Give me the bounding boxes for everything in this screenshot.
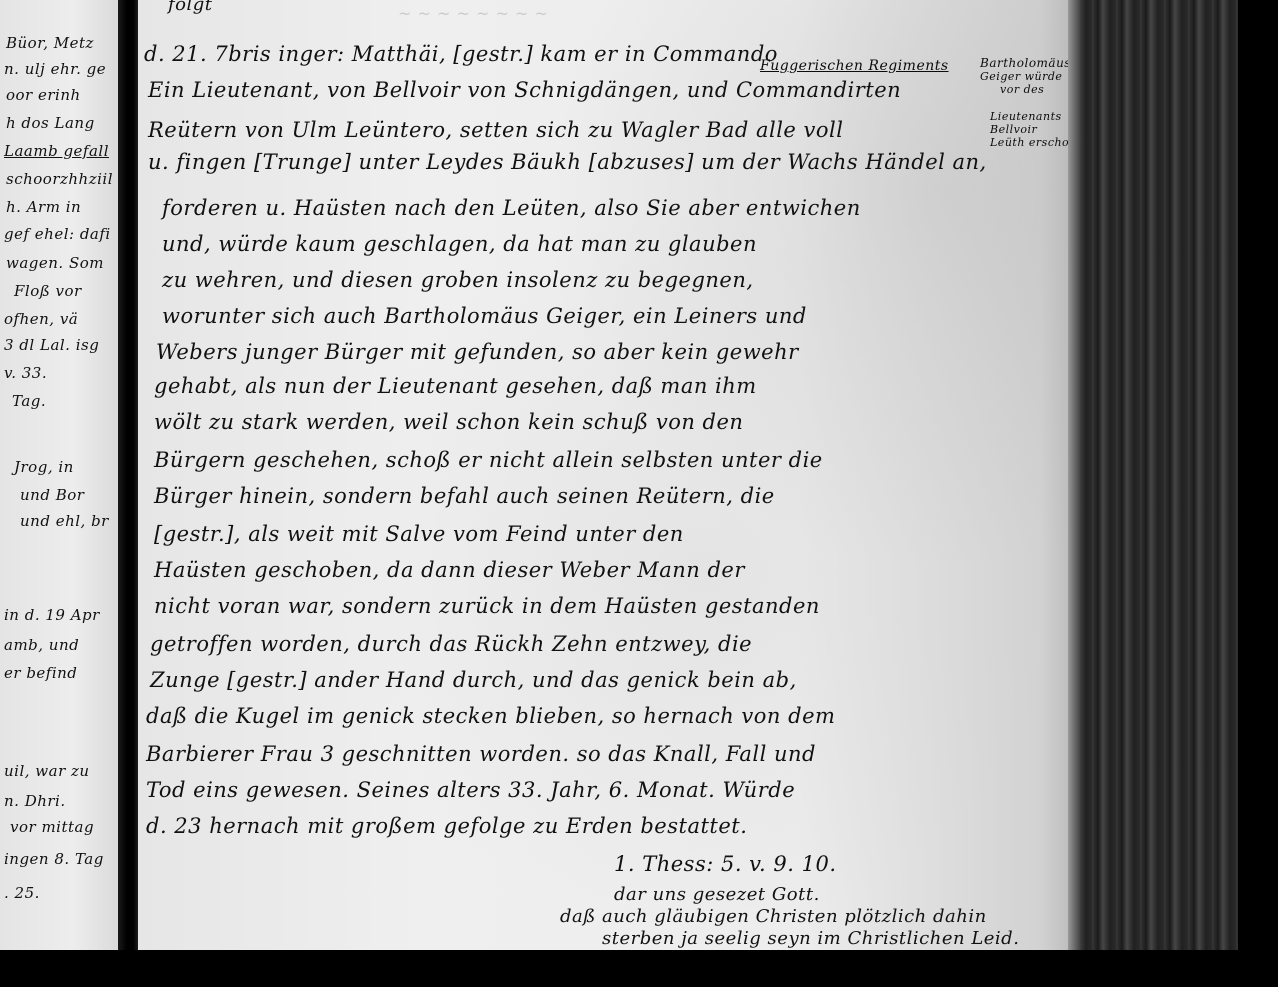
left-line: amb, und	[4, 636, 79, 654]
left-line: ofhen, vä	[4, 310, 78, 328]
entry-line: Haüsten geschoben, da dann dieser Weber …	[154, 558, 745, 582]
margin-note: Bartholomäus Geiger würde vor des Lieute…	[980, 56, 1076, 149]
scanned-register-image: Büor, Metz n. ulj ehr. ge oor erinh h do…	[0, 0, 1278, 987]
entry-line: Barbierer Frau 3 geschnitten worden. so …	[146, 742, 816, 766]
closing-line: dar uns gesezet Gott.	[614, 884, 820, 905]
entry-line: Bürger hinein, sondern befahl auch seine…	[154, 484, 775, 508]
left-line: uil, war zu	[4, 762, 90, 780]
closing-line: daß auch gläubigen Christen plötzlich da…	[560, 906, 987, 927]
left-line: h. Arm in	[6, 198, 81, 216]
page-edge-shadow	[1068, 0, 1080, 950]
left-page-fragment: Büor, Metz n. ulj ehr. ge oor erinh h do…	[0, 0, 122, 952]
scan-background-right	[1238, 0, 1278, 987]
left-line: Büor, Metz	[6, 34, 94, 52]
left-line: . 25.	[4, 884, 40, 902]
left-line: und ehl, br	[20, 512, 109, 530]
header-fragment: folgt	[168, 0, 213, 15]
scan-background-bottom	[0, 950, 1278, 987]
entry-line: Tod eins gewesen. Seines alters 33. Jahr…	[146, 778, 795, 802]
entry-line: d. 23 hernach mit großem gefolge zu Erde…	[146, 814, 747, 838]
left-line: und Bor	[20, 486, 84, 504]
entry-line: u. fingen [Trunge] unter Leydes Bäukh [a…	[148, 150, 987, 174]
margin-note-line: Geiger würde	[980, 70, 1076, 83]
book-board-edge	[1068, 0, 1240, 950]
left-line: 3 dl Lal. isg	[4, 336, 99, 354]
left-line: n. ulj ehr. ge	[4, 60, 106, 78]
entry-line: und, würde kaum geschlagen, da hat man z…	[162, 232, 757, 256]
left-line: schoorzhhziil	[6, 170, 113, 188]
left-line: gef ehel: dafi	[4, 225, 111, 243]
entry-line: Webers junger Bürger mit gefunden, so ab…	[156, 340, 799, 364]
left-line: er befind	[4, 664, 77, 682]
interlinear-insert: Fuggerischen Regiments	[760, 58, 949, 74]
entry-line: zu wehren, und diesen groben insolenz zu…	[162, 268, 754, 292]
entry-line: Reütern von Ulm Leüntero, setten sich zu…	[148, 118, 843, 142]
left-line: Floß vor	[14, 282, 82, 300]
entry-line: Zunge [gestr.] ander Hand durch, und das…	[150, 668, 797, 692]
entry-line: Bürgern geschehen, schoß er nicht allein…	[154, 448, 823, 472]
left-line: h dos Lang	[6, 114, 95, 132]
left-line: oor erinh	[6, 86, 81, 104]
left-line: v. 33.	[4, 364, 47, 382]
entry-line: Ein Lieutenant, von Bellvoir von Schnigd…	[148, 78, 901, 102]
entry-line: forderen u. Haüsten nach den Leüten, als…	[162, 196, 861, 220]
margin-note-line: Bartholomäus	[980, 56, 1076, 70]
entry-line: d. 21. 7bris inger: Matthäi, [gestr.] ka…	[144, 42, 778, 66]
entry-line: getroffen worden, durch das Rückh Zehn e…	[150, 632, 752, 656]
entry-line: worunter sich auch Bartholomäus Geiger, …	[162, 304, 807, 328]
entry-line: nicht voran war, sondern zurück in dem H…	[154, 594, 820, 618]
scripture-reference: 1. Thess: 5. v. 9. 10.	[614, 852, 837, 876]
left-line: Jrog, in	[14, 458, 74, 476]
left-line: vor mittag	[10, 818, 94, 836]
left-line: wagen. Som	[6, 254, 104, 272]
left-line: in d. 19 Apr	[4, 606, 100, 624]
book-gutter	[118, 0, 140, 955]
entry-line: gehabt, als nun der Lieutenant gesehen, …	[154, 374, 757, 398]
left-line: ingen 8. Tag	[4, 850, 104, 868]
entry-line: wölt zu stark werden, weil schon kein sc…	[154, 410, 743, 434]
bleed-through-text: ~ ~ ~ ~ ~ ~ ~ ~	[398, 4, 548, 23]
left-line: Laamb gefall	[4, 142, 109, 160]
entry-line: daß die Kugel im genick stecken blieben,…	[146, 704, 835, 728]
left-line: Tag.	[12, 392, 46, 410]
closing-line: sterben ja seelig seyn im Christlichen L…	[602, 928, 1019, 949]
left-line: n. Dhri.	[4, 792, 66, 810]
main-page: ~ ~ ~ ~ ~ ~ ~ ~ folgt d. 21. 7bris inger…	[138, 0, 1078, 952]
entry-line: [gestr.], als weit mit Salve vom Feind u…	[154, 522, 684, 546]
